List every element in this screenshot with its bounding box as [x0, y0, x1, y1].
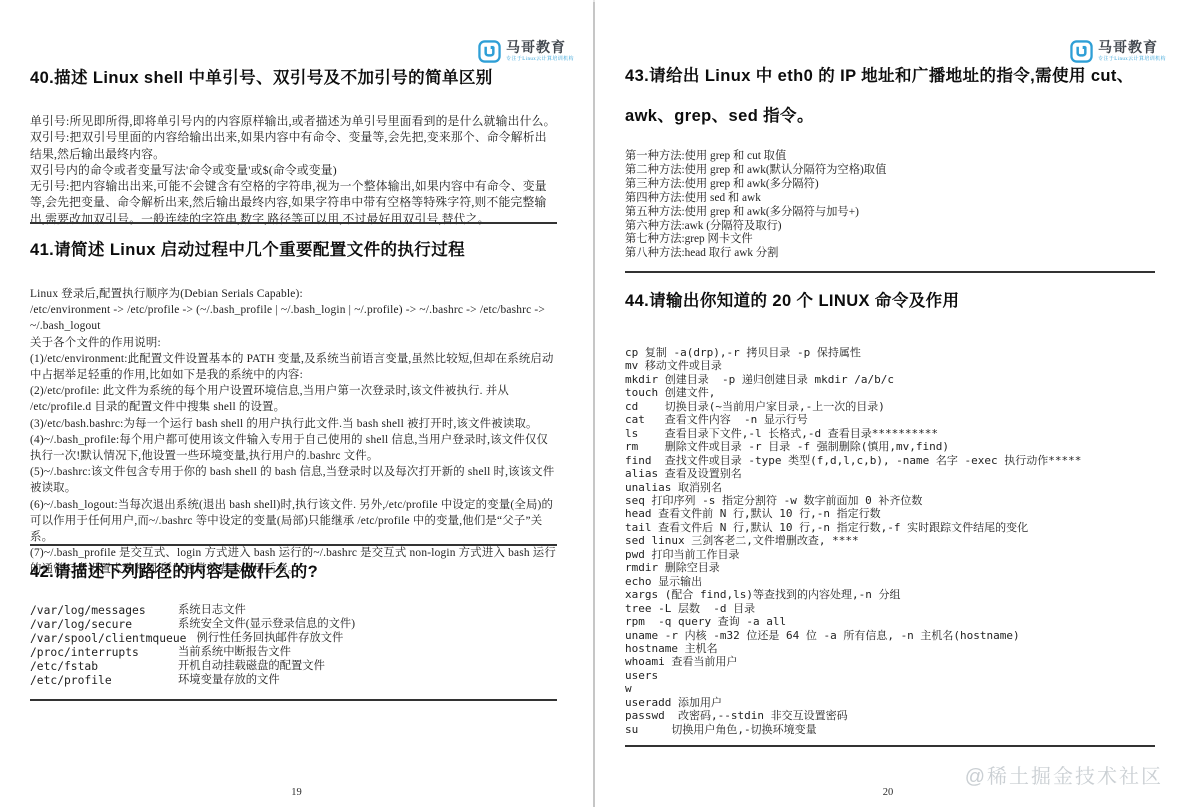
answer-paragraph: 双引号内的命令或者变量写法'命令或变量'或$(命令或变量): [30, 162, 558, 178]
answer-paragraph: 单引号:所见即所得,即将单引号内的内容原样输出,或者描述为单引号里面看到的是什么…: [30, 113, 558, 129]
command-line: rpm -q query 查询 -a all: [625, 615, 1158, 628]
answer-paragraph: 无引号:把内容输出出来,可能不会键含有空格的字符串,视为一个整体输出,如果内容中…: [30, 178, 558, 227]
page-left: 马哥教育 专注于Linux云计算培训机构 40.描述 Linux shell 中…: [0, 0, 593, 807]
command-line: uname -r 内核 -m32 位还是 64 位 -a 所有信息, -n 主机…: [625, 629, 1158, 642]
path-description: 开机自动挂载磁盘的配置文件: [178, 660, 325, 674]
brand-name: 马哥教育: [1098, 40, 1166, 54]
command-line: cd 切换目录(~当前用户家目录,-上一次的目录): [625, 400, 1158, 413]
page-right: 马哥教育 专注于Linux云计算培训机构 43.请给出 Linux 中 eth0…: [595, 0, 1181, 807]
path-name: /var/log/secure: [30, 618, 178, 632]
page-gutter-divider: [593, 2, 595, 807]
command-line: cp 复制 -a(drp),-r 拷贝目录 -p 保持属性: [625, 346, 1158, 359]
command-line: whoami 查看当前用户: [625, 655, 1158, 668]
juejin-watermark: @稀土掘金技术社区: [965, 760, 1163, 789]
path-description: 当前系统中断报告文件: [178, 646, 291, 660]
command-line: su 切换用户角色,-切换环境变量: [625, 723, 1158, 736]
answer-paragraph: 双引号:把双引号里面的内容给输出出来,如果内容中有命令、变量等,会先把,变来那个…: [30, 129, 558, 162]
path-description: 例行性任务回执邮件存放文件: [196, 632, 343, 646]
path-row: /var/spool/clientmqueue 例行性任务回执邮件存放文件: [30, 632, 560, 646]
path-name: /var/log/messages: [30, 604, 178, 618]
command-line: unalias 取消别名: [625, 481, 1158, 494]
answer-paragraph: /etc/environment -> /etc/profile -> (~/.…: [30, 302, 558, 334]
answer-paragraph: (5)~/.bashrc:该文件包含专用于你的 bash shell 的 bas…: [30, 464, 558, 496]
path-row: /etc/fstab 开机自动挂载磁盘的配置文件: [30, 660, 560, 674]
command-line: xargs (配合 find,ls)等查找到的内容处理,-n 分组: [625, 588, 1158, 601]
path-name: /etc/fstab: [30, 660, 178, 674]
question-42-path-table: /var/log/messages 系统日志文件 /var/log/secure…: [30, 604, 560, 687]
brand-text: 马哥教育 专注于Linux云计算培训机构: [506, 40, 574, 62]
question-41-answer: Linux 登录后,配置执行顺序为(Debian Serials Capable…: [30, 286, 558, 578]
answer-paragraph: (3)/etc/bash.bashrc:为每一个运行 bash shell 的用…: [30, 416, 558, 432]
answer-paragraph: Linux 登录后,配置执行顺序为(Debian Serials Capable…: [30, 286, 558, 302]
method-line: 第八种方法:head 取行 awk 分割: [625, 247, 1155, 261]
method-line: 第四种方法:使用 sed 和 awk: [625, 192, 1155, 206]
answer-paragraph: (1)/etc/environment:此配置文件设置基本的 PATH 变量,及…: [30, 351, 558, 383]
path-name: /var/spool/clientmqueue: [30, 632, 196, 646]
method-line: 第五种方法:使用 grep 和 awk(多分隔符与加号+): [625, 206, 1155, 220]
answer-paragraph: (4)~/.bash_profile:每个用户都可使用该文件输入专用于自己使用的…: [30, 432, 558, 464]
command-line: touch 创建文件,: [625, 386, 1158, 399]
brand-tagline: 专注于Linux云计算培训机构: [506, 57, 574, 62]
path-description: 环境变量存放的文件: [178, 674, 280, 688]
command-line: seq 打印序列 -s 指定分割符 -w 数字前面加 0 补齐位数: [625, 494, 1158, 507]
question-44-title: 44.请输出你知道的 20 个 LINUX 命令及作用: [625, 287, 1165, 311]
answer-paragraph: (2)/etc/profile: 此文件为系统的每个用户设置环境信息,当用户第一…: [30, 383, 558, 415]
command-line: tail 查看文件后 N 行,默认 10 行,-n 指定行数,-f 实时跟踪文件…: [625, 521, 1158, 534]
command-line: hostname 主机名: [625, 642, 1158, 655]
section-divider: [30, 699, 557, 701]
answer-paragraph: 关于各个文件的作用说明:: [30, 335, 558, 351]
path-row: /var/log/secure 系统安全文件(显示登录信息的文件): [30, 618, 560, 632]
command-line: tree -L 层数 -d 目录: [625, 602, 1158, 615]
section-divider: [625, 271, 1155, 273]
answer-paragraph: (6)~/.bash_logout:当每次退出系统(退出 bash shell)…: [30, 497, 558, 546]
command-line: rmdir 删除空目录: [625, 561, 1158, 574]
command-line: ls 查看目录下文件,-l 长格式,-d 查看目录**********: [625, 427, 1158, 440]
command-line: sed linux 三剑客老二,文件增删改查, ****: [625, 534, 1158, 547]
method-line: 第三种方法:使用 grep 和 awk(多分隔符): [625, 178, 1155, 192]
question-40-title: 40.描述 Linux shell 中单引号、双引号及不加引号的简单区别: [30, 64, 570, 88]
section-divider: [625, 745, 1155, 747]
brand-name: 马哥教育: [506, 40, 574, 54]
page-number-left: 19: [0, 787, 593, 798]
method-line: 第一种方法:使用 grep 和 cut 取值: [625, 150, 1155, 164]
command-line: users: [625, 669, 1158, 682]
question-43-methods: 第一种方法:使用 grep 和 cut 取值第二种方法:使用 grep 和 aw…: [625, 150, 1155, 261]
path-row: /proc/interrupts 当前系统中断报告文件: [30, 646, 560, 660]
section-divider: [30, 222, 557, 224]
page-number-right: 20: [595, 787, 1181, 798]
command-line: useradd 添加用户: [625, 696, 1158, 709]
question-40-answer: 单引号:所见即所得,即将单引号内的内容原样输出,或者描述为单引号里面看到的是什么…: [30, 113, 558, 227]
command-line: mkdir 创建目录 -p 递归创建目录 mkdir /a/b/c: [625, 373, 1158, 386]
command-line: find 查找文件或目录 -type 类型(f,d,l,c,b), -name …: [625, 454, 1158, 467]
path-name: /etc/profile: [30, 674, 178, 688]
command-line: cat 查看文件内容 -n 显示行号: [625, 413, 1158, 426]
document-viewer: { "brand": { "name": "马哥教育", "tagline": …: [0, 0, 1181, 807]
command-line: passwd 改密码,--stdin 非交互设置密码: [625, 709, 1158, 722]
path-row: /var/log/messages 系统日志文件: [30, 604, 560, 618]
question-42-title: 42.请描述下列路径的内容是做什么的?: [30, 558, 570, 582]
method-line: 第六种方法:awk (分隔符及取行): [625, 220, 1155, 234]
command-line: w: [625, 682, 1158, 695]
question-43-title: 43.请给出 Linux 中 eth0 的 IP 地址和广播地址的指令,需使用 …: [625, 56, 1159, 136]
command-line: echo 显示输出: [625, 575, 1158, 588]
path-description: 系统安全文件(显示登录信息的文件): [178, 618, 355, 632]
command-line: mv 移动文件或目录: [625, 359, 1158, 372]
question-41-title: 41.请简述 Linux 启动过程中几个重要配置文件的执行过程: [30, 236, 570, 260]
magedu-logo-icon: [478, 40, 501, 63]
path-name: /proc/interrupts: [30, 646, 178, 660]
command-line: rm 删除文件或目录 -r 目录 -f 强制删除(慎用,mv,find): [625, 440, 1158, 453]
question-44-commands: cp 复制 -a(drp),-r 拷贝目录 -p 保持属性mv 移动文件或目录m…: [625, 346, 1158, 736]
brand-logo: 马哥教育 专注于Linux云计算培训机构: [478, 40, 574, 63]
command-line: alias 查看及设置别名: [625, 467, 1158, 480]
path-row: /etc/profile 环境变量存放的文件: [30, 674, 560, 688]
method-line: 第二种方法:使用 grep 和 awk(默认分隔符为空格)取值: [625, 164, 1155, 178]
method-line: 第七种方法:grep 网卡文件: [625, 233, 1155, 247]
path-description: 系统日志文件: [178, 604, 246, 618]
section-divider: [30, 544, 557, 546]
command-line: head 查看文件前 N 行,默认 10 行,-n 指定行数: [625, 507, 1158, 520]
command-line: pwd 打印当前工作目录: [625, 548, 1158, 561]
